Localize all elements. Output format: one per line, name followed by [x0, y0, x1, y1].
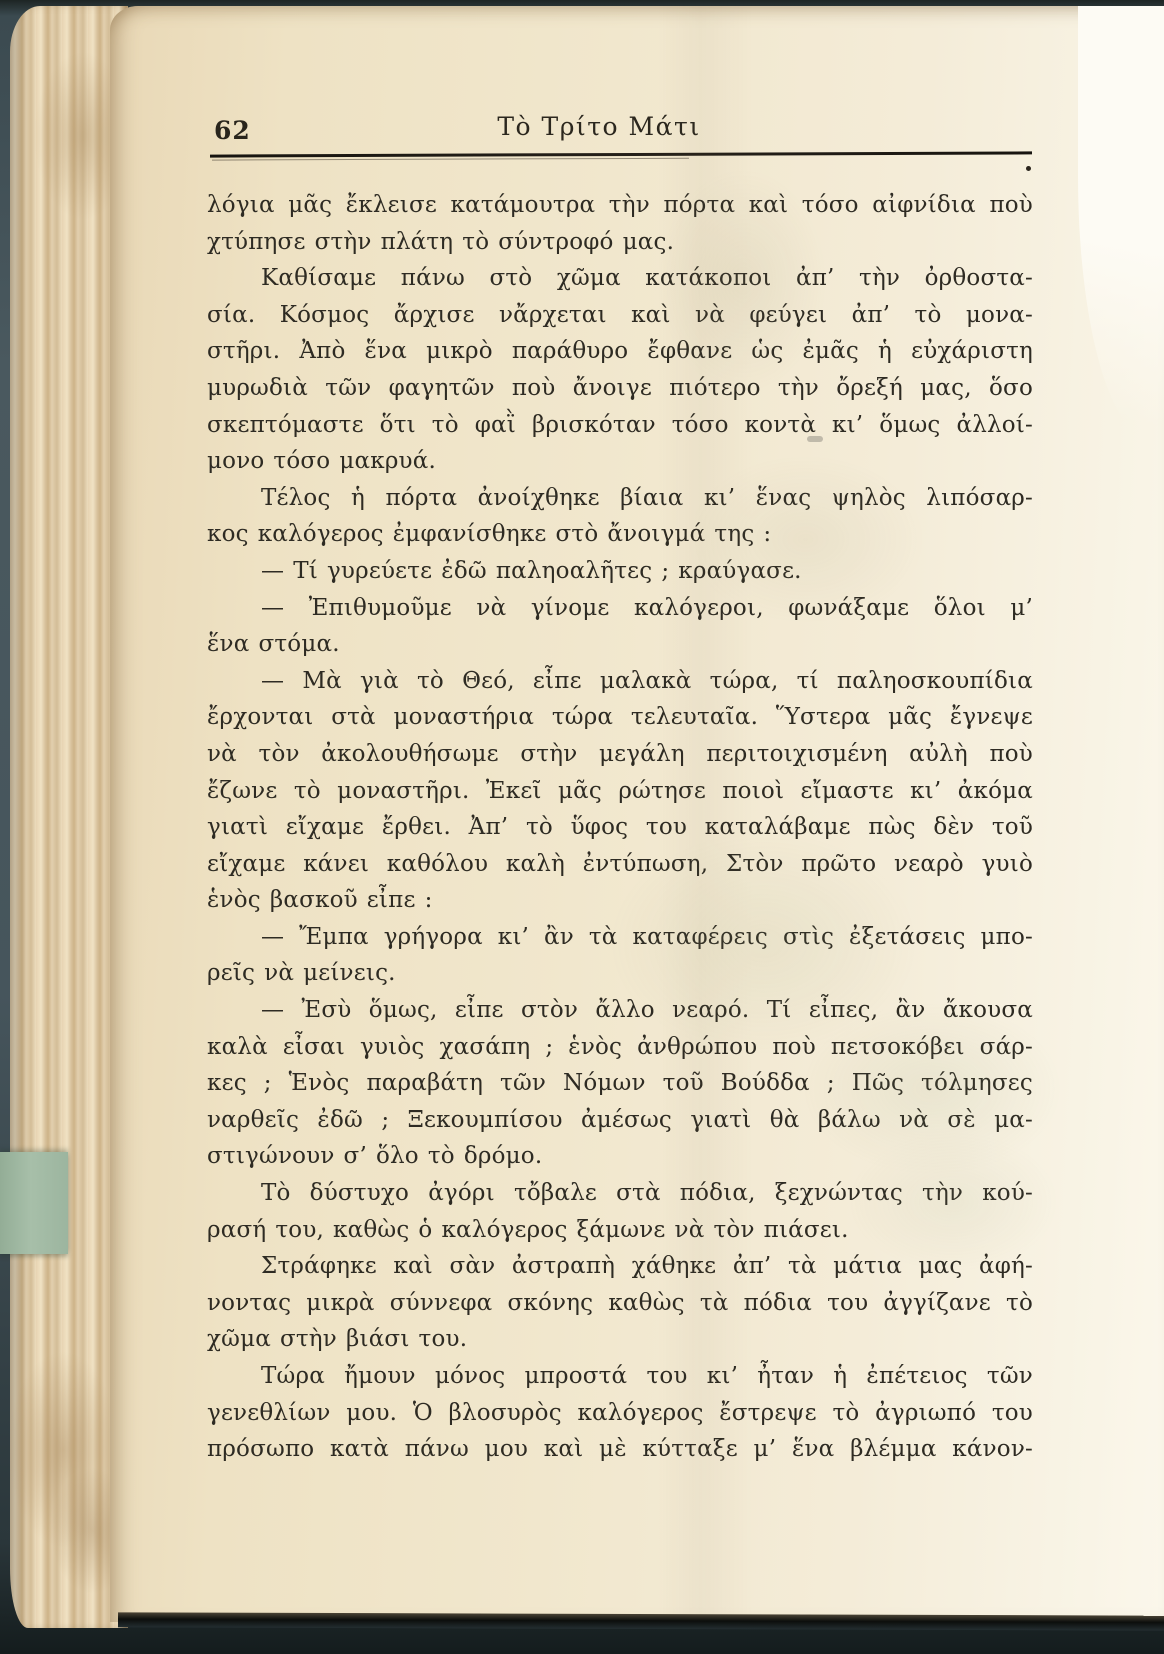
- header-rule: [210, 151, 1032, 157]
- text-line: γενεθλίων μου. Ὁ βλοσυρὸς καλόγερος ἔστρ…: [207, 1395, 1033, 1432]
- running-title: Τὸ Τρίτο Μάτι: [110, 112, 1088, 141]
- text-line: Καθίσαμε πάνω στὸ χῶμα κατάκοποι ἀπ’ τὴν…: [207, 260, 1033, 297]
- scan-speck: [807, 436, 823, 442]
- text-line: ἕνα στόμα.: [207, 626, 1033, 663]
- text-line: ἔζωνε τὸ μοναστῆρι. Ἐκεῖ μᾶς ρώτησε ποιο…: [207, 773, 1033, 810]
- text-line: εἴχαμε κάνει καθόλου καλὴ ἐντύπωση, Στὸν…: [207, 846, 1033, 883]
- text-line: Τέλος ἡ πόρτα ἀνοίχθηκε βίαια κι’ ἕνας ψ…: [207, 480, 1033, 517]
- text-line: καλὰ εἶσαι γυιὸς χασάπη ; ἑνὸς ἀνθρώπου …: [207, 1029, 1033, 1066]
- text-block: λόγια μᾶς ἔκλεισε κατάμουτρα τὴν πόρτα κ…: [207, 187, 1033, 1468]
- text-line: μονο τόσο μακρυά.: [207, 443, 1033, 480]
- page-corner-highlight: [1078, 6, 1164, 436]
- text-line: ρασή του, καθὼς ὁ καλόγερος ξάμωνε νὰ τὸ…: [207, 1212, 1033, 1249]
- text-line: — Ἐπιθυμοῦμε νὰ γίνομε καλόγεροι, φωνάξα…: [207, 590, 1033, 627]
- text-line: χτύπησε στὴν πλάτη τὸ σύντροφό μας.: [207, 224, 1033, 261]
- text-line: γιατὶ εἴχαμε ἔρθει. Ἀπ’ τὸ ὕφος του κατα…: [207, 809, 1033, 846]
- text-line: νοντας μικρὰ σύννεφα σκόνης καθὼς τὰ πόδ…: [207, 1285, 1033, 1322]
- page-bottom-edge-shadow: [118, 1612, 1164, 1630]
- text-line: Τώρα ἤμουν μόνος μπροστά του κι’ ἦταν ἡ …: [207, 1358, 1033, 1395]
- text-line: Στράφηκε καὶ σὰν ἀστραπὴ χάθηκε ἀπ’ τὰ μ…: [207, 1248, 1033, 1285]
- text-line: ναρθεῖς ἐδῶ ; Ξεκουμπίσου ἀμέσως γιατὶ θ…: [207, 1102, 1033, 1139]
- text-line: ἔρχονται στὰ μοναστήρια τώρα τελευταῖα. …: [207, 699, 1033, 736]
- text-line: χῶμα στὴν βιάσι του.: [207, 1321, 1033, 1358]
- book-page: 62 Τὸ Τρίτο Μάτι λόγια μᾶς ἔκλεισε κατάμ…: [110, 6, 1164, 1622]
- text-line: κες ; Ἑνὸς παραβάτη τῶν Νόμων τοῦ Βούδδα…: [207, 1065, 1033, 1102]
- text-line: Τὸ δύστυχο ἀγόρι τὄβαλε στὰ πόδια, ξεχνώ…: [207, 1175, 1033, 1212]
- text-line: νὰ τὸν ἀκολουθήσωμε στὴν μεγάλη περιτοιχ…: [207, 736, 1033, 773]
- text-line: ἑνὸς βασκοῦ εἶπε :: [207, 882, 1033, 919]
- bookmark-tab: [0, 1152, 68, 1254]
- text-line: σκεπτόμαστε ὅτι τὸ φαῒ βρισκόταν τόσο κο…: [207, 407, 1033, 444]
- book-scan: 62 Τὸ Τρίτο Μάτι λόγια μᾶς ἔκλεισε κατάμ…: [0, 0, 1164, 1654]
- text-line: — Ἐσὺ ὅμως, εἶπε στὸν ἄλλο νεαρό. Τί εἶπ…: [207, 992, 1033, 1029]
- text-line: πρόσωπο κατὰ πάνω μου καὶ μὲ κύτταξε μ’ …: [207, 1431, 1033, 1468]
- text-line: λόγια μᾶς ἔκλεισε κατάμουτρα τὴν πόρτα κ…: [207, 187, 1033, 224]
- text-line: στῆρι. Ἀπὸ ἕνα μικρὸ παράθυρο ἔφθανε ὡς …: [207, 333, 1033, 370]
- ink-dot: [1026, 166, 1031, 171]
- text-line: — Ἔμπα γρήγορα κι’ ἂν τὰ καταφέρεις στὶς…: [207, 919, 1033, 956]
- text-line: στιγώνουν σ’ ὅλο τὸ δρόμο.: [207, 1138, 1033, 1175]
- text-line: κος καλόγερος ἐμφανίσθηκε στὸ ἄνοιγμά τη…: [207, 516, 1033, 553]
- text-line: ρεῖς νὰ μείνεις.: [207, 955, 1033, 992]
- text-line: — Μὰ γιὰ τὸ Θεό, εἶπε μαλακὰ τώρα, τί πα…: [207, 663, 1033, 700]
- text-line: σία. Κόσμος ἄρχισε νἄρχεται καὶ νὰ φεύγε…: [207, 297, 1033, 334]
- text-line: — Τί γυρεύετε ἐδῶ παληοαλῆτες ; κραύγασε…: [207, 553, 1033, 590]
- text-line: μυρωδιὰ τῶν φαγητῶν ποὺ ἄνοιγε πιότερο τ…: [207, 370, 1033, 407]
